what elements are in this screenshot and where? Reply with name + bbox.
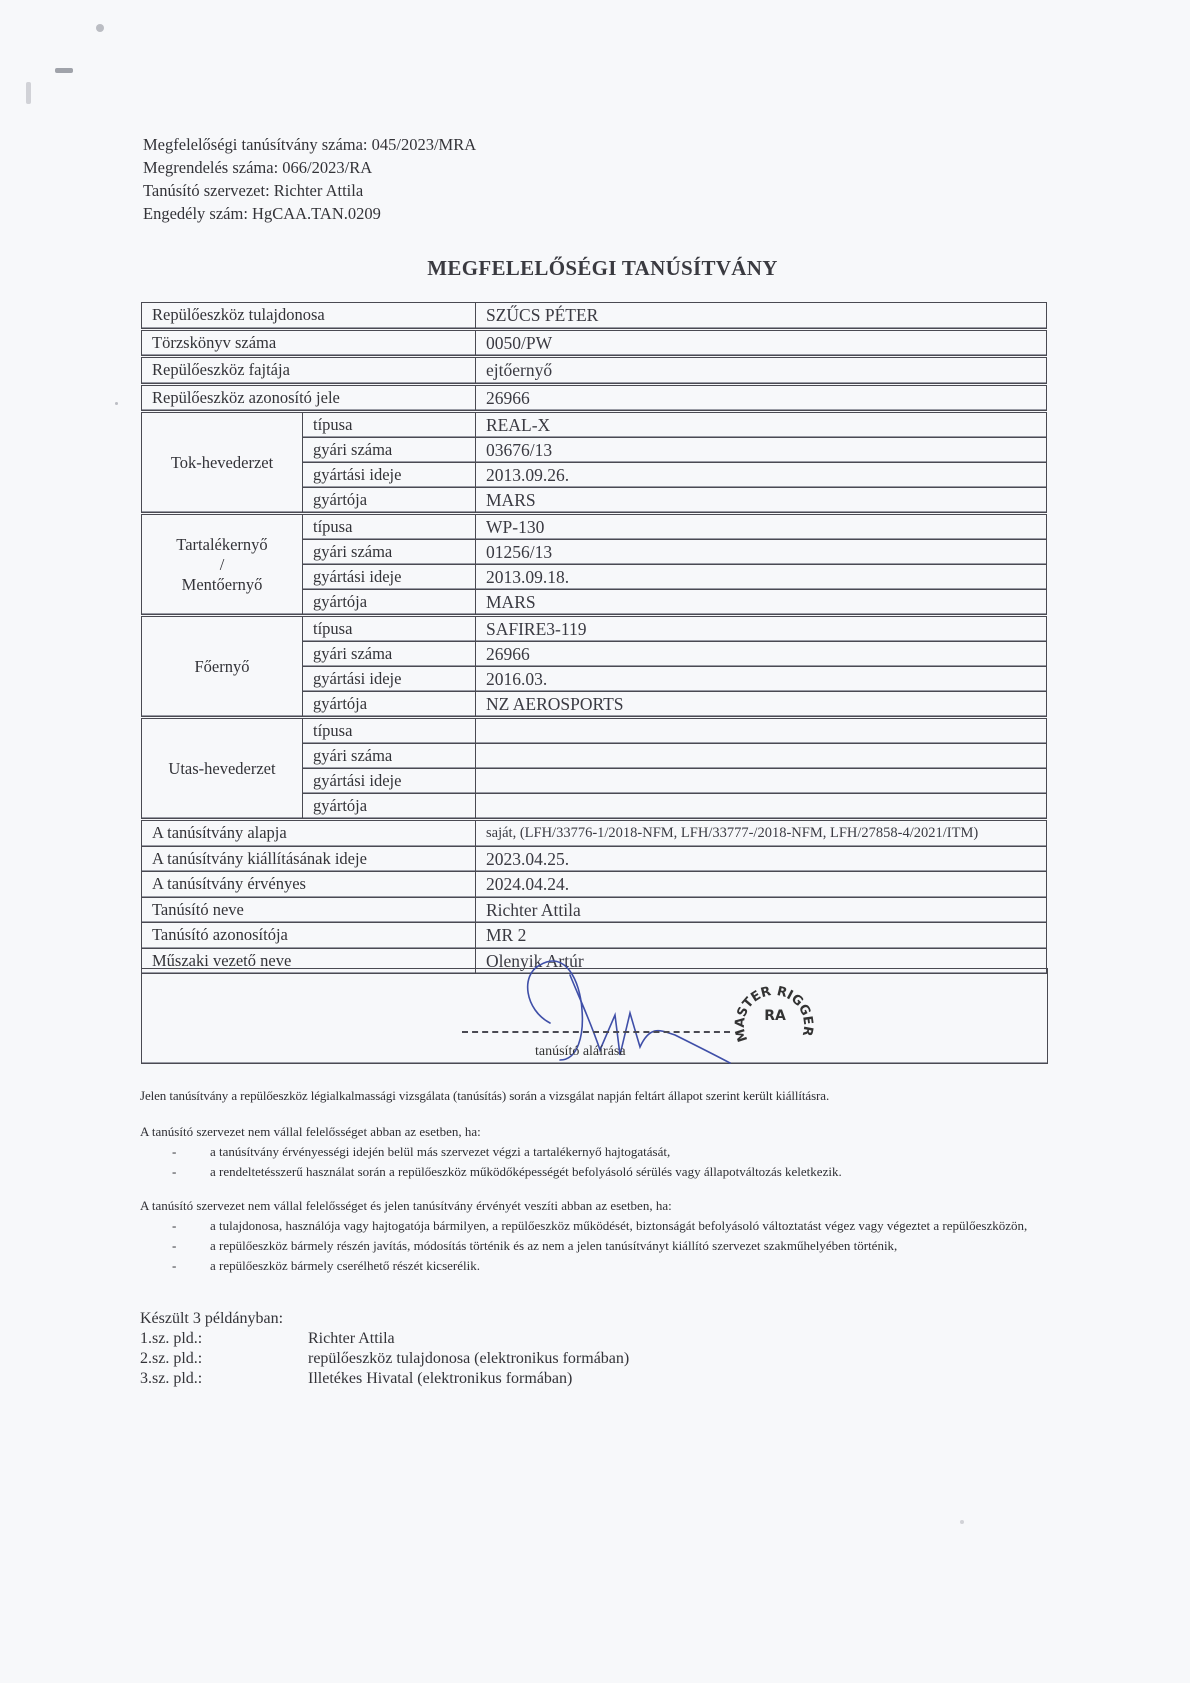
table-row: Tanúsító azonosítójaMR 2 bbox=[142, 923, 1047, 949]
component-name: Utas-hevederzet bbox=[142, 718, 303, 820]
component-value: 2013.09.26. bbox=[476, 463, 1047, 488]
row-label: Repülőeszköz azonosító jele bbox=[142, 384, 476, 412]
component-value: REAL-X bbox=[476, 412, 1047, 438]
component-value bbox=[476, 769, 1047, 794]
table-row: A tanúsítvány kiállításának ideje2023.04… bbox=[142, 846, 1047, 872]
component-value: WP-130 bbox=[476, 514, 1047, 540]
sub-label: típusa bbox=[303, 718, 476, 744]
sub-label: típusa bbox=[303, 616, 476, 642]
clause-intro: A tanúsító szervezet nem vállal felelőss… bbox=[140, 1122, 1050, 1142]
component-value: MARS bbox=[476, 590, 1047, 616]
component-value: SAFIRE3-119 bbox=[476, 616, 1047, 642]
copies-distribution: Készült 3 példányban: 1.sz. pld.:Richter… bbox=[140, 1309, 629, 1389]
list-item: -a repülőeszköz bármely cserélhető részé… bbox=[140, 1256, 1050, 1276]
sub-label: gyári száma bbox=[303, 744, 476, 769]
scan-speck bbox=[96, 24, 104, 32]
row-label: A tanúsítvány alapja bbox=[142, 820, 476, 847]
row-value: 0050/PW bbox=[476, 329, 1047, 357]
liability-clause-2: A tanúsító szervezet nem vállal felelőss… bbox=[140, 1196, 1050, 1276]
table-row: Törzskönyv száma0050/PW bbox=[142, 329, 1047, 357]
scan-speck bbox=[55, 68, 73, 73]
order-number-line: Megrendelés száma: 066/2023/RA bbox=[143, 156, 476, 179]
sub-label: gyártási ideje bbox=[303, 463, 476, 488]
row-value: ejtőernyő bbox=[476, 357, 1047, 385]
component-value: 26966 bbox=[476, 642, 1047, 667]
sub-label: gyártási ideje bbox=[303, 769, 476, 794]
row-value: 2024.04.24. bbox=[476, 872, 1047, 898]
copies-intro: Készült 3 példányban: bbox=[140, 1309, 629, 1329]
liability-clause-1: A tanúsító szervezet nem vállal felelőss… bbox=[140, 1122, 1050, 1182]
validity-statement: Jelen tanúsítvány a repülőeszköz légialk… bbox=[140, 1086, 829, 1106]
license-number: HgCAA.TAN.0209 bbox=[252, 204, 381, 223]
copy-row: 2.sz. pld.:repülőeszköz tulajdonosa (ele… bbox=[140, 1349, 629, 1369]
table-row: Tartalékernyő/MentőernyőtípusaWP-130 bbox=[142, 514, 1047, 540]
sub-label: gyári száma bbox=[303, 540, 476, 565]
svg-text:RA: RA bbox=[764, 1008, 786, 1024]
sub-label: típusa bbox=[303, 514, 476, 540]
table-row: FőernyőtípusaSAFIRE3-119 bbox=[142, 616, 1047, 642]
row-label: Törzskönyv száma bbox=[142, 329, 476, 357]
row-value: SZŰCS PÉTER bbox=[476, 303, 1047, 330]
table-row: A tanúsítvány érvényes2024.04.24. bbox=[142, 872, 1047, 898]
row-value: MR 2 bbox=[476, 923, 1047, 949]
list-item: -a rendeltetésszerű használat során a re… bbox=[140, 1162, 1050, 1182]
component-name: Tartalékernyő/Mentőernyő bbox=[142, 514, 303, 616]
component-value: NZ AEROSPORTS bbox=[476, 692, 1047, 718]
component-value bbox=[476, 718, 1047, 744]
copy-row: 1.sz. pld.:Richter Attila bbox=[140, 1329, 629, 1349]
table-row: Utas-hevederzettípusa bbox=[142, 718, 1047, 744]
component-value: 01256/13 bbox=[476, 540, 1047, 565]
table-row: Repülőeszköz tulajdonosaSZŰCS PÉTER bbox=[142, 303, 1047, 330]
list-item: -a tanúsítvány érvényességi idején belül… bbox=[140, 1142, 1050, 1162]
row-value: 2023.04.25. bbox=[476, 846, 1047, 872]
organization-line: Tanúsító szervezet: Richter Attila bbox=[143, 179, 476, 202]
scan-speck bbox=[26, 82, 31, 104]
organization-name: Richter Attila bbox=[274, 181, 363, 200]
component-value bbox=[476, 744, 1047, 769]
list-item: -a tulajdonosa, használója vagy hajtogat… bbox=[140, 1216, 1050, 1236]
sub-label: gyári száma bbox=[303, 642, 476, 667]
sub-label: típusa bbox=[303, 412, 476, 438]
component-value: 03676/13 bbox=[476, 438, 1047, 463]
component-name-line: / bbox=[142, 555, 302, 575]
sub-label: gyártási ideje bbox=[303, 565, 476, 590]
table-row: A tanúsítvány alapjasaját, (LFH/33776-1/… bbox=[142, 820, 1047, 847]
svg-text:MASTER RIGGER 2: MASTER RIGGER 2 bbox=[730, 968, 815, 1044]
row-label: Repülőeszköz tulajdonosa bbox=[142, 303, 476, 330]
copy-row: 3.sz. pld.:Illetékes Hivatal (elektronik… bbox=[140, 1369, 629, 1389]
sub-label: gyártási ideje bbox=[303, 667, 476, 692]
table-row: Repülőeszköz azonosító jele26966 bbox=[142, 384, 1047, 412]
row-label: A tanúsítvány érvényes bbox=[142, 872, 476, 898]
row-label: Repülőeszköz fajtája bbox=[142, 357, 476, 385]
clause-intro: A tanúsító szervezet nem vállal felelőss… bbox=[140, 1196, 1050, 1216]
sub-label: gyári száma bbox=[303, 438, 476, 463]
signature-label: tanúsító aláírása bbox=[535, 1044, 626, 1060]
table-row: Tanúsító neveRichter Attila bbox=[142, 897, 1047, 923]
row-value: Richter Attila bbox=[476, 897, 1047, 923]
scan-speck bbox=[115, 402, 118, 405]
license-line: Engedély szám: HgCAA.TAN.0209 bbox=[143, 202, 476, 225]
component-name-line: Tartalékernyő bbox=[142, 535, 302, 555]
row-value: 26966 bbox=[476, 384, 1047, 412]
component-value: 2013.09.18. bbox=[476, 565, 1047, 590]
component-value: MARS bbox=[476, 488, 1047, 514]
certificate-number: 045/2023/MRA bbox=[372, 135, 477, 154]
sub-label: gyártója bbox=[303, 488, 476, 514]
signature-line bbox=[462, 1031, 730, 1033]
row-value: saját, (LFH/33776-1/2018-NFM, LFH/33777-… bbox=[476, 820, 1047, 847]
component-name: Főernyő bbox=[142, 616, 303, 718]
document-title: MEGFELELŐSÉGI TANÚSÍTVÁNY bbox=[0, 256, 1190, 281]
certificate-table: Repülőeszköz tulajdonosaSZŰCS PÉTERTörzs… bbox=[141, 302, 1047, 974]
row-label: Tanúsító neve bbox=[142, 897, 476, 923]
component-name: Tok-hevederzet bbox=[142, 412, 303, 514]
table-row: Tok-hevederzettípusaREAL-X bbox=[142, 412, 1047, 438]
certificate-number-line: Megfelelőségi tanúsítvány száma: 045/202… bbox=[143, 133, 476, 156]
order-number: 066/2023/RA bbox=[282, 158, 372, 177]
component-value: 2016.03. bbox=[476, 667, 1047, 692]
master-rigger-stamp: MASTER RIGGER 2 RA bbox=[730, 968, 820, 1058]
component-name-line: Mentőernyő bbox=[142, 575, 302, 595]
sub-label: gyártója bbox=[303, 692, 476, 718]
row-label: A tanúsítvány kiállításának ideje bbox=[142, 846, 476, 872]
table-row: Repülőeszköz fajtájaejtőernyő bbox=[142, 357, 1047, 385]
sub-label: gyártója bbox=[303, 590, 476, 616]
component-value bbox=[476, 794, 1047, 820]
certificate-header: Megfelelőségi tanúsítvány száma: 045/202… bbox=[143, 133, 476, 225]
row-label: Tanúsító azonosítója bbox=[142, 923, 476, 949]
list-item: -a repülőeszköz bármely részén javítás, … bbox=[140, 1236, 1050, 1256]
sub-label: gyártója bbox=[303, 794, 476, 820]
scan-speck bbox=[960, 1520, 964, 1524]
